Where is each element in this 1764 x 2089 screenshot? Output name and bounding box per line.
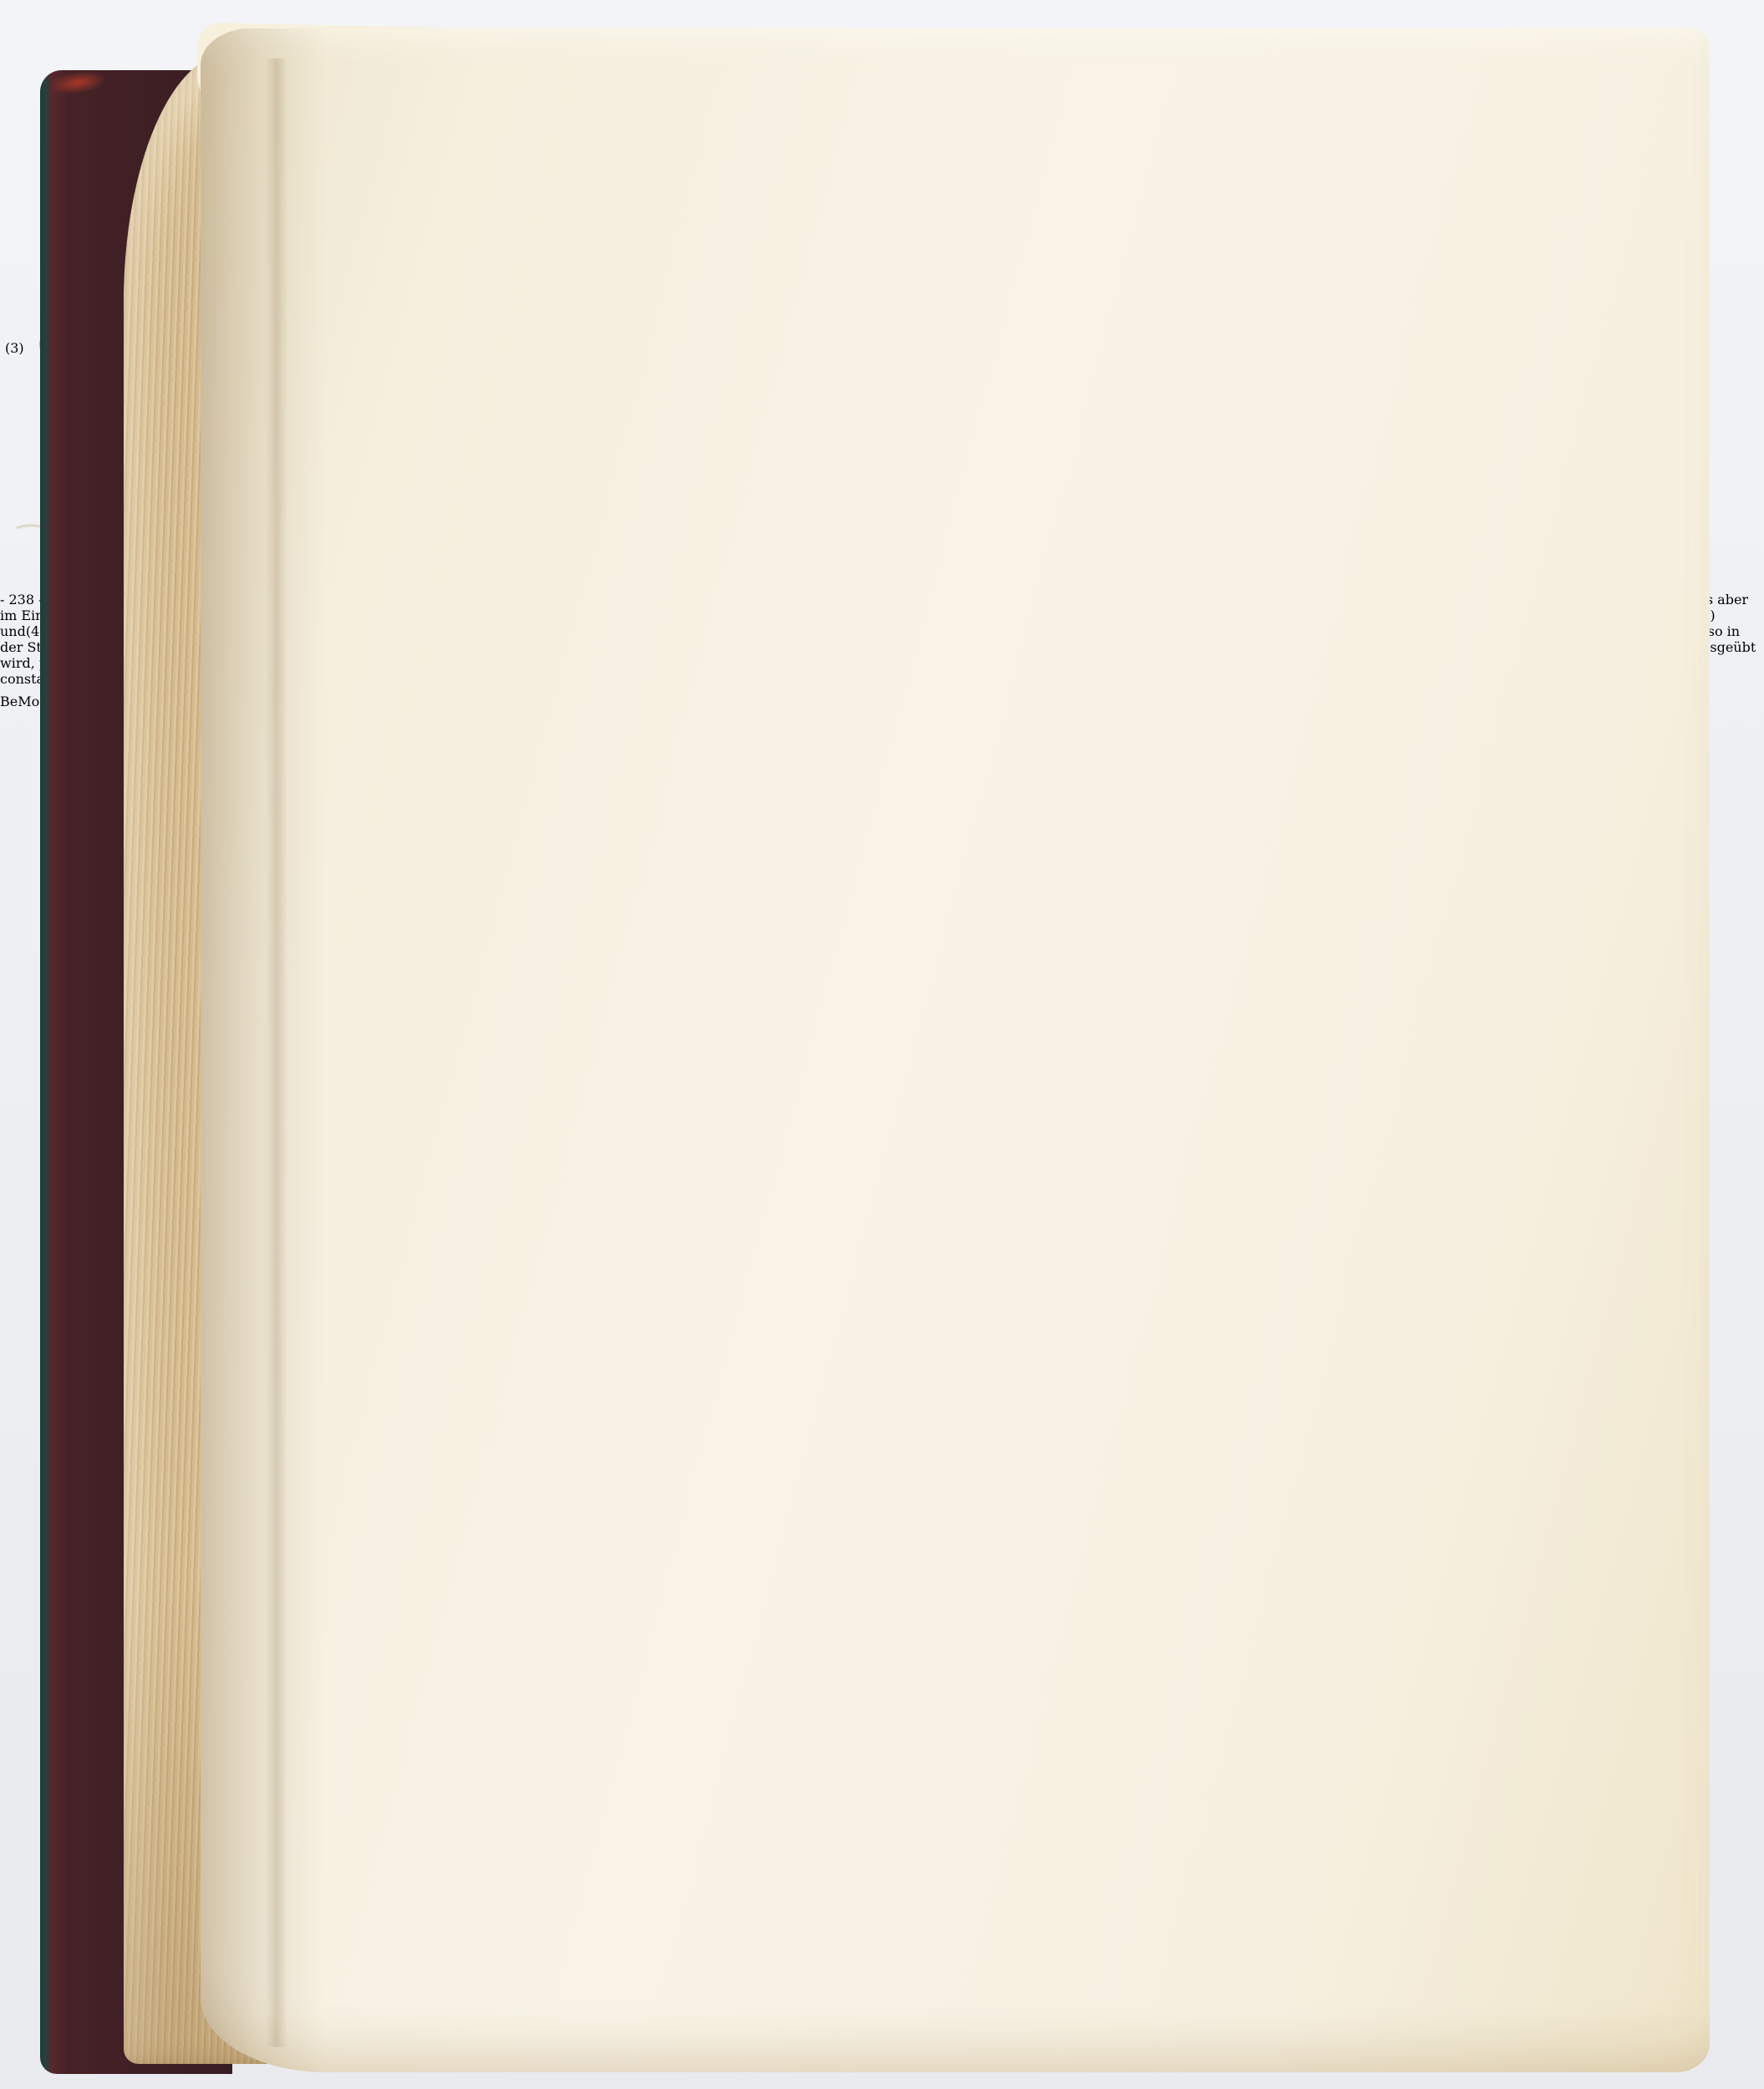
- book-photograph: (2) (3) (1) (4) S (2) N N (3) S. N (1) N…: [0, 0, 1764, 2089]
- inner-crease: [266, 58, 287, 2047]
- sketch-label-3: (3): [5, 340, 24, 356]
- next-page-strip: [1718, 17, 1764, 2059]
- gutter-shadow: [201, 28, 326, 2072]
- next-page-text-fragment: Be: [0, 694, 18, 709]
- next-page-text-fragment: Mo: [18, 694, 39, 709]
- manuscript-page: [201, 28, 1710, 2072]
- page-number: - 238 -: [0, 592, 43, 607]
